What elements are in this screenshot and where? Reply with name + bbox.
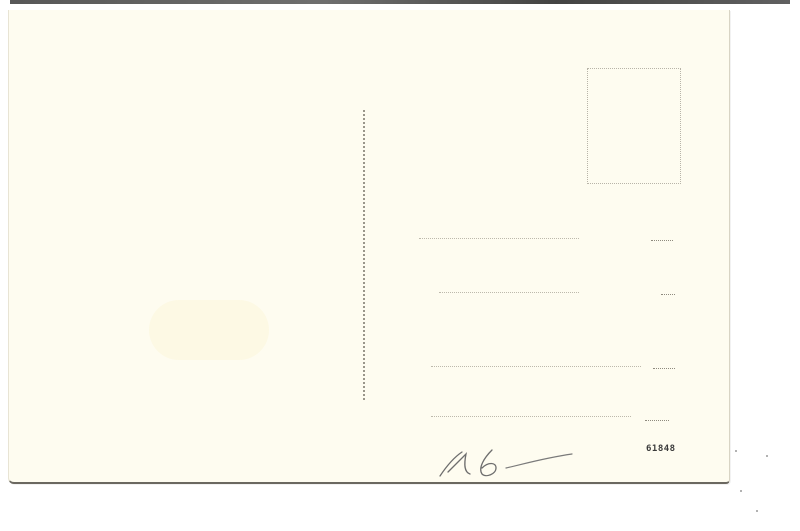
stamp-placeholder-box: [587, 68, 681, 184]
address-line-2-end: [661, 294, 675, 295]
scan-speck: [766, 455, 768, 457]
address-line-3: [431, 366, 641, 367]
scan-edge: [10, 0, 790, 4]
handwritten-note: [434, 442, 584, 482]
postcard-back: 61848: [8, 10, 730, 484]
scan-speck: [756, 510, 758, 512]
address-line-4-end: [645, 420, 669, 421]
center-divider-line: [363, 110, 365, 400]
address-line-2: [439, 292, 579, 293]
address-line-1-end: [651, 240, 673, 241]
scan-speck: [735, 450, 737, 452]
address-line-1: [419, 238, 579, 239]
address-line-3-end: [653, 368, 675, 369]
serial-number: 61848: [646, 444, 676, 454]
address-line-4: [431, 416, 631, 417]
scan-speck: [740, 490, 742, 492]
